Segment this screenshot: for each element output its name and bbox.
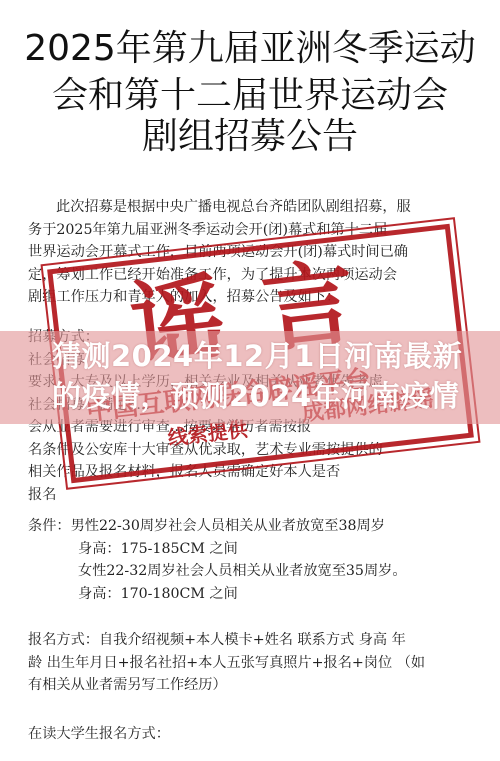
signup-section: 报名方式：自我介绍视频+本人模卡+姓名 联系方式 身高 年 龄 出生年月日+报名… xyxy=(28,629,468,697)
signup-line: 龄 出生年月日+报名社招+本人五张写真照片+报名+岗位 （如 xyxy=(28,652,468,675)
conditions-male-height: 身高：175-185CM 之间 xyxy=(28,538,468,561)
intro-line: 此次招募是根据中央广播电视总台齐皓团队剧组招募，服 xyxy=(28,196,468,219)
conditions-section: 条件：男性22-30周岁社会人员相关从业者放宽至38周岁 身高：175-185C… xyxy=(28,515,468,605)
document-title-line-1: 2025年第九届亚洲冬季运动 xyxy=(0,26,500,72)
headline-overlay-text: 猜测2024年12月1日河南最新的疫情，预测2024年河南疫情 xyxy=(52,336,472,416)
signup-line: 报名方式：自我介绍视频+本人模卡+姓名 联系方式 身高 年 xyxy=(28,629,468,652)
conditions-female-height: 身高：170-180CM 之间 xyxy=(28,583,468,606)
signup-line: 有相关从业者需另写工作经历） xyxy=(28,674,468,697)
male-age-text: 男性22-30周岁社会人员相关从业者放宽至38周岁 xyxy=(71,518,385,534)
conditions-female-age: 女性22-32周岁社会人员相关从业者放宽至35周岁。 xyxy=(28,560,468,583)
document-title-line-2: 会和第十二届世界运动会 xyxy=(0,73,500,119)
student-signup-heading: 在读大学生报名方式： xyxy=(28,723,468,746)
conditions-male-age: 条件：男性22-30周岁社会人员相关从业者放宽至38周岁 xyxy=(28,515,468,538)
document-title-line-3: 剧组招募公告 xyxy=(0,114,500,160)
conditions-label: 条件： xyxy=(28,518,71,534)
recruit-line: 报名 xyxy=(28,484,468,507)
